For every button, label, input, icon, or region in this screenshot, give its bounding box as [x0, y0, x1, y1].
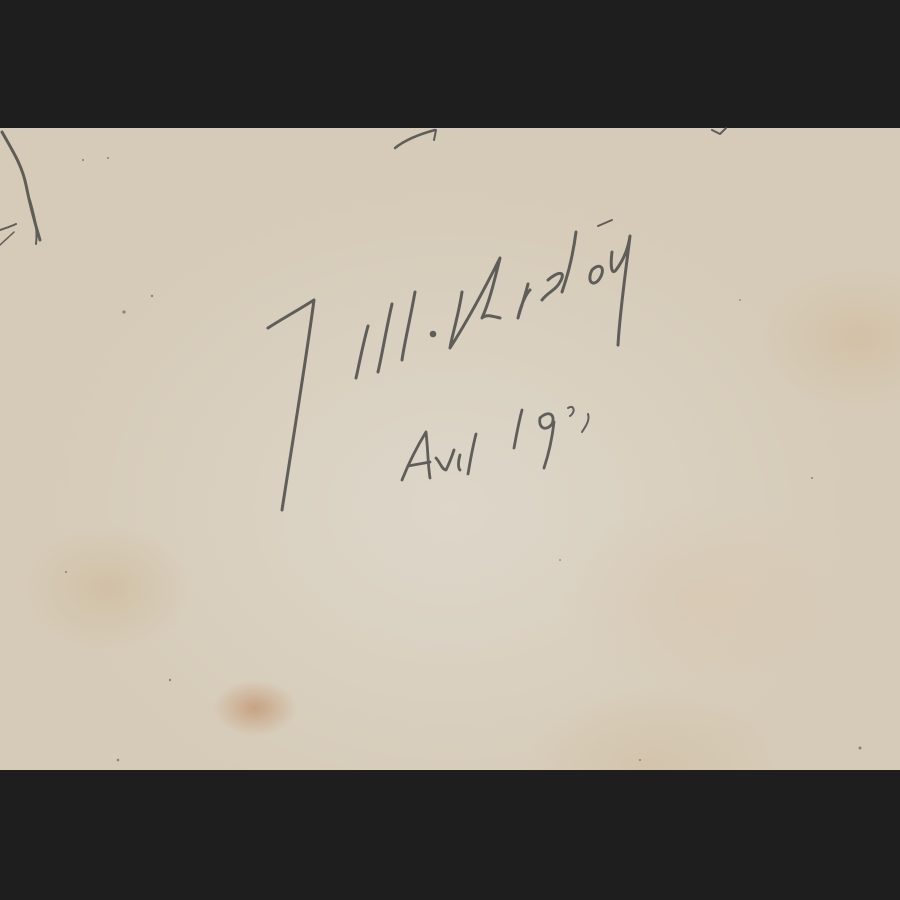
pencil-drawing: [0, 0, 900, 900]
bottom-letterbox-bar: [0, 770, 900, 900]
sketch-fragment-left: [0, 132, 40, 245]
paper-speckles: [65, 157, 862, 761]
date-inscription: [402, 407, 589, 480]
sketch-fragment-top: [395, 128, 726, 148]
